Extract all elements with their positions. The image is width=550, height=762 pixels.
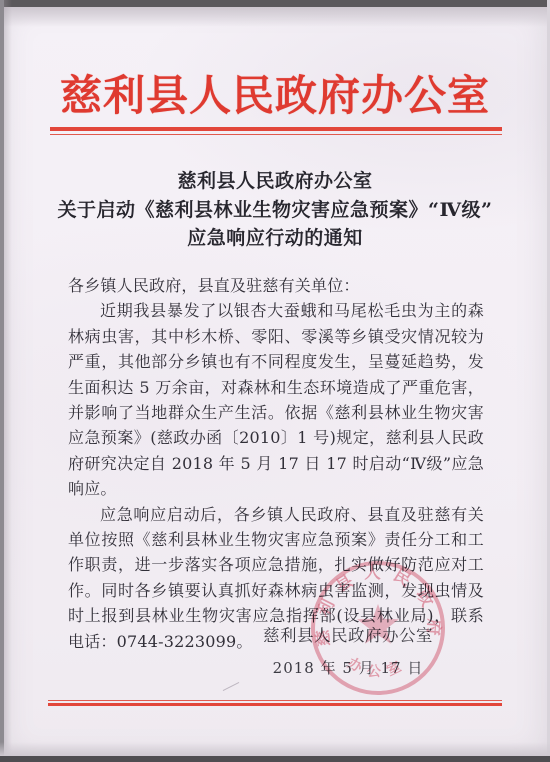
- document-title-line-1: 慈利县人民政府办公室: [20, 167, 530, 196]
- scan-edge-top: [0, 0, 550, 7]
- scan-edge-bottom: [0, 756, 550, 762]
- salutation: 各乡镇人民政府，县直及驻慈有关单位：: [68, 273, 484, 298]
- document-title: 慈利县人民政府办公室 关于启动《慈利县林业生物灾害应急预案》“Ⅳ级” 应急响应行…: [20, 167, 530, 253]
- seal-star-icon: [357, 604, 399, 644]
- seal-text-bottom: 办公室: [345, 654, 411, 680]
- official-seal: 慈利县人民政府 办公室: [303, 553, 453, 703]
- document-title-line-3: 应急响应行动的通知: [20, 224, 530, 253]
- body-paragraph-1: 近期我县暴发了以银杏大蚕蛾和马尾松毛虫为主的森林病虫害，其中杉木桥、零阳、零溪等…: [68, 298, 484, 501]
- scan-edge-bottom-shade: [0, 742, 550, 756]
- letterhead-rule-thin: [50, 134, 502, 135]
- letterhead-rule-thick: [50, 127, 502, 131]
- end-rule-thick: [48, 703, 502, 706]
- scanned-document-page: 慈利县人民政府办公室 慈利县人民政府办公室 关于启动《慈利县林业生物灾害应急预案…: [0, 0, 550, 762]
- document-title-line-2: 关于启动《慈利县林业生物灾害应急预案》“Ⅳ级”: [20, 196, 530, 225]
- scan-edge-top-shade: [0, 7, 550, 27]
- svg-text:办公室: 办公室: [345, 654, 411, 680]
- end-rule-thin: [48, 700, 502, 701]
- letterhead-title: 慈利县人民政府办公室: [0, 70, 550, 122]
- paper-crease: [223, 682, 239, 691]
